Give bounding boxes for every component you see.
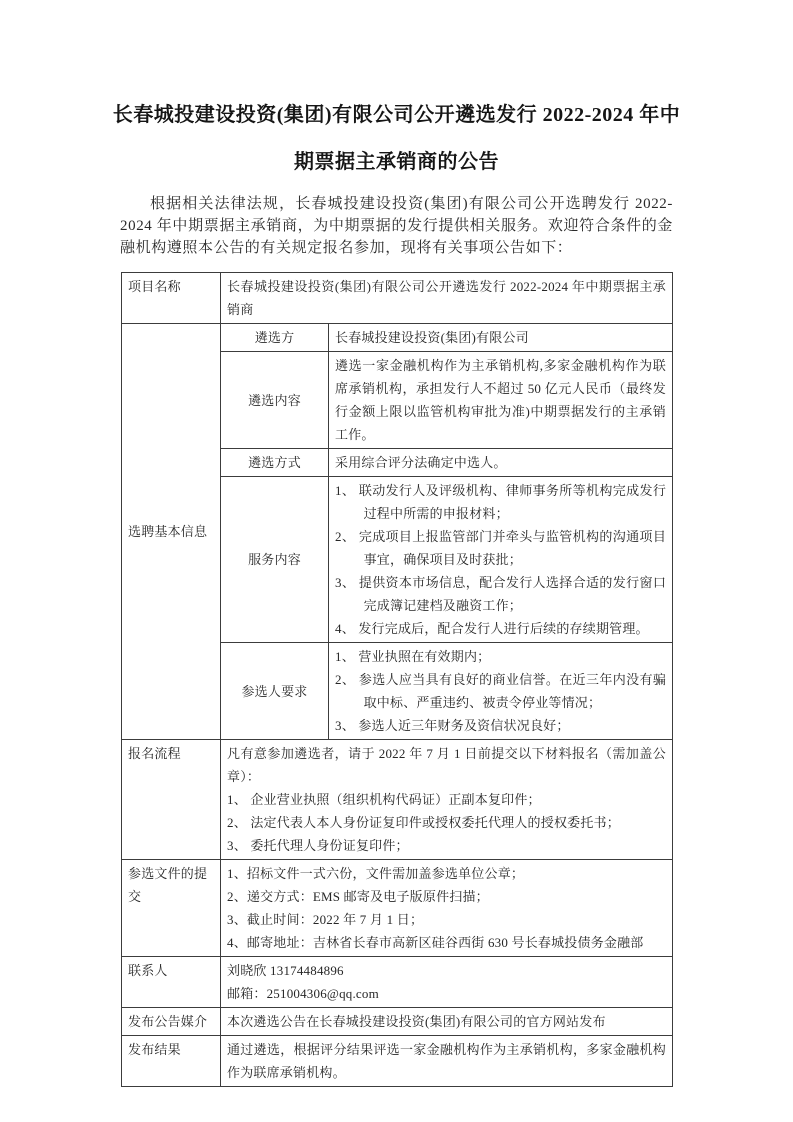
- list-item: 2、 法定代表人本人身份证复印件或授权委托代理人的授权委托书；: [227, 811, 666, 834]
- list-item: 3、 委托代理人身份证复印件；: [227, 834, 666, 857]
- sublabel-selection-content: 遴选内容: [221, 352, 329, 449]
- row-label-project-name: 项目名称: [122, 273, 221, 324]
- document-page: 长春城投建设投资(集团)有限公司公开遴选发行 2022-2024 年中期票据主承…: [0, 0, 793, 1122]
- row-value-project-name: 长春城投建设投资(集团)有限公司公开遴选发行 2022-2024 年中期票据主承…: [221, 273, 673, 324]
- value-contact: 刘晓欣 13174484896 邮箱：251004306@qq.com: [221, 957, 673, 1008]
- row-label-basic-info: 选聘基本信息: [122, 324, 221, 740]
- sublabel-selection-method: 遴选方式: [221, 449, 329, 477]
- page-title: 长春城投建设投资(集团)有限公司公开遴选发行 2022-2024 年中期票据主承…: [104, 92, 690, 186]
- row-registration-process: 报名流程 凡有意参加遴选者，请于 2022 年 7 月 1 日前提交以下材料报名…: [122, 740, 673, 860]
- sublabel-service-content: 服务内容: [221, 477, 329, 643]
- list-item: 3、 参选人近三年财务及资信状况良好；: [335, 714, 666, 737]
- announcement-table: 项目名称 长春城投建设投资(集团)有限公司公开遴选发行 2022-2024 年中…: [121, 272, 673, 1087]
- list-item: 2、 完成项目上报监管部门并牵头与监管机构的沟通项目事宜，确保项目及时获批；: [335, 525, 666, 571]
- list-item: 4、邮寄地址：吉林省长春市高新区硅谷西街 630 号长春城投债务金融部: [227, 931, 666, 954]
- row-label-announcement-media: 发布公告媒介: [122, 1008, 221, 1036]
- list-item: 3、 提供资本市场信息，配合发行人选择合适的发行窗口完成簿记建档及融资工作；: [335, 571, 666, 617]
- sublabel-participant-requirements: 参选人要求: [221, 643, 329, 740]
- registration-intro: 凡有意参加遴选者，请于 2022 年 7 月 1 日前提交以下材料报名（需加盖公…: [227, 742, 666, 788]
- sublabel-selector: 遴选方: [221, 324, 329, 352]
- value-selection-content: 遴选一家金融机构作为主承销机构,多家金融机构作为联席承销机构，承担发行人不超过 …: [329, 352, 673, 449]
- list-item: 2、递交方式：EMS 邮寄及电子版原件扫描；: [227, 885, 666, 908]
- value-registration-process: 凡有意参加遴选者，请于 2022 年 7 月 1 日前提交以下材料报名（需加盖公…: [221, 740, 673, 860]
- contact-name-phone: 刘晓欣 13174484896: [227, 959, 666, 982]
- row-label-result-release: 发布结果: [122, 1036, 221, 1087]
- row-document-submission: 参选文件的提交 1、招标文件一式六份，文件需加盖参选单位公章； 2、递交方式：E…: [122, 860, 673, 957]
- list-item: 3、截止时间：2022 年 7 月 1 日；: [227, 908, 666, 931]
- intro-paragraph: 根据相关法律法规，长春城投建设投资(集团)有限公司公开选聘发行 2022-202…: [120, 193, 673, 259]
- list-item: 1、 营业执照在有效期内；: [335, 645, 666, 668]
- value-participant-requirements: 1、 营业执照在有效期内； 2、 参选人应当具有良好的商业信誉。在近三年内没有骗…: [329, 643, 673, 740]
- value-selection-method: 采用综合评分法确定中选人。: [329, 449, 673, 477]
- list-item: 1、 企业营业执照（组织机构代码证）正副本复印件；: [227, 788, 666, 811]
- list-item: 1、 联动发行人及评级机构、律师事务所等机构完成发行过程中所需的申报材料；: [335, 479, 666, 525]
- value-announcement-media: 本次遴选公告在长春城投建设投资(集团)有限公司的官方网站发布: [221, 1008, 673, 1036]
- row-label-document-submission: 参选文件的提交: [122, 860, 221, 957]
- list-item: 2、 参选人应当具有良好的商业信誉。在近三年内没有骗取中标、严重违约、被责令停业…: [335, 668, 666, 714]
- row-label-contact: 联系人: [122, 957, 221, 1008]
- value-document-submission: 1、招标文件一式六份，文件需加盖参选单位公章； 2、递交方式：EMS 邮寄及电子…: [221, 860, 673, 957]
- value-result-release: 通过遴选，根据评分结果评选一家金融机构作为主承销机构，多家金融机构作为联席承销机…: [221, 1036, 673, 1087]
- row-label-registration-process: 报名流程: [122, 740, 221, 860]
- value-service-content: 1、 联动发行人及评级机构、律师事务所等机构完成发行过程中所需的申报材料； 2、…: [329, 477, 673, 643]
- list-item: 1、招标文件一式六份，文件需加盖参选单位公章；: [227, 862, 666, 885]
- value-selector: 长春城投建设投资(集团)有限公司: [329, 324, 673, 352]
- row-project-name: 项目名称 长春城投建设投资(集团)有限公司公开遴选发行 2022-2024 年中…: [122, 273, 673, 324]
- row-result-release: 发布结果 通过遴选，根据评分结果评选一家金融机构作为主承销机构，多家金融机构作为…: [122, 1036, 673, 1087]
- row-announcement-media: 发布公告媒介 本次遴选公告在长春城投建设投资(集团)有限公司的官方网站发布: [122, 1008, 673, 1036]
- row-selector: 选聘基本信息 遴选方 长春城投建设投资(集团)有限公司: [122, 324, 673, 352]
- contact-email: 邮箱：251004306@qq.com: [227, 982, 666, 1005]
- list-item: 4、 发行完成后，配合发行人进行后续的存续期管理。: [335, 617, 666, 640]
- row-contact: 联系人 刘晓欣 13174484896 邮箱：251004306@qq.com: [122, 957, 673, 1008]
